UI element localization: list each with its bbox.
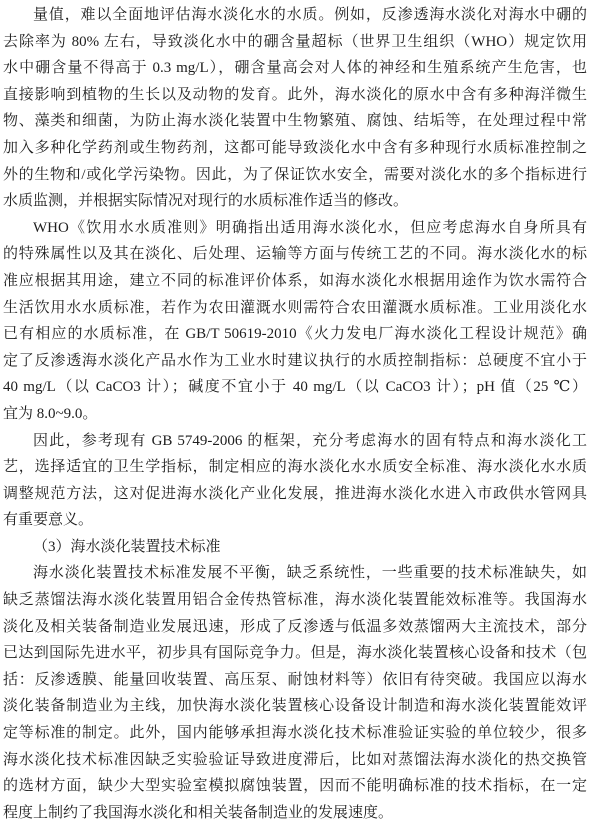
text-line: 程度上制约了我国海水淡化和相关装备制造业的发展速度。: [3, 800, 587, 827]
text-line: 水质监测，并根据实际情况对现行的水质标准作适当的修改。: [3, 188, 587, 215]
text-line: 的特殊属性以及其在淡化、后处理、运输等方面与传统工艺的不同。海水淡化水的标: [3, 241, 587, 268]
text-line: 量值，难以全面地评估海水淡化水的水质。例如，反渗透海水淡化对海水中硼的: [3, 2, 587, 29]
text-line: 艺，选择适宜的卫生学指标，制定相应的海水淡化水水质安全标准、海水淡化水水质: [3, 454, 587, 481]
text-line: 调整规范方法，这对促进海水淡化产业化发展，推进海水淡化水进入市政供水管网具: [3, 481, 587, 508]
text-line: 准应根据其用途，建立不同的标准评价体系，如海水淡化水根据用途作为饮水需符合: [3, 268, 587, 295]
text-line: 缺乏蒸馏法海水淡化装置用铝合金传热管标准，海水淡化装置能效标准等。我国海水: [3, 587, 587, 614]
text-line: 有重要意义。: [3, 507, 587, 534]
text-line: 去除率为 80% 左右，导致淡化水中的硼含量超标（世界卫生组织（WHO）规定饮用: [3, 29, 587, 56]
text-line: 已有相应的水质标准，在 GB/T 50619-2010《火力发电厂海水淡化工程设…: [3, 321, 587, 348]
text-line: 括：反渗透膜、能量回收装置、高压泵、耐蚀材料等）依旧有待突破。我国应以海水: [3, 667, 587, 694]
text-line: 40 mg/L（以 CaCO3 计）；碱度不宜小于 40 mg/L（以 CaCO…: [3, 374, 587, 401]
text-line: 加入多种化学药剂或生物药剂，这都可能导致淡化水中含有多种现行水质标准控制之: [3, 135, 587, 162]
text-line: 定等标准的制定。此外，国内能够承担海水淡化技术标准验证实验的单位较少，很多: [3, 720, 587, 747]
text-line: 的选材方面，缺少大型实验室模拟腐蚀装置，因而不能明确标准的技术指标，在一定: [3, 773, 587, 800]
document-page: 量值，难以全面地评估海水淡化水的水质。例如，反渗透海水淡化对海水中硼的 去除率为…: [0, 0, 590, 827]
text-line: 因此，参考现有 GB 5749-2006 的框架，充分考虑海水的固有特点和海水淡…: [3, 428, 587, 455]
paragraph-boron-water-quality: 量值，难以全面地评估海水淡化水的水质。例如，反渗透海水淡化对海水中硼的 去除率为…: [3, 2, 587, 215]
paragraph-gb5749-framework: 因此，参考现有 GB 5749-2006 的框架，充分考虑海水的固有特点和海水淡…: [3, 428, 587, 534]
text-line: WHO《饮用水水质准则》明确指出适用海水淡化水，但应考虑海水自身所具有: [3, 215, 587, 242]
text-line: 海水淡化装置技术标准发展不平衡，缺乏系统性，一些重要的技术标准缺失，如: [3, 560, 587, 587]
text-line: 淡化装备制造业为主线，加快海水淡化装置核心设备设计制造和海水淡化装置能效评: [3, 693, 587, 720]
text-line: 已达到国际先进水平，初步具有国际竞争力。但是，海水淡化装置核心设备和技术（包: [3, 640, 587, 667]
text-line: 直接影响到植物的生长以及动物的发育。此外，海水淡化的原水中含有多种海洋微生: [3, 82, 587, 109]
text-line: 生活饮用水水质标准，若作为农田灌溉水则需符合农田灌溉水质标准。工业用淡化水: [3, 295, 587, 322]
text-line: 海水淡化技术标准因缺乏实验验证导致进度滞后，比如对蒸馏法海水淡化的热交换管: [3, 747, 587, 774]
text-line: 淡化及相关装备制造业发展迅速，形成了反渗透与低温多效蒸馏两大主流技术，部分: [3, 614, 587, 641]
text-line: 水中硼含量不得高于 0.3 mg/L），硼含量高会对人体的神经和生殖系统产生危害…: [3, 55, 587, 82]
text-line: 宜为 8.0~9.0。: [3, 401, 587, 428]
text-line: 定了反渗透海水淡化产品水作为工业水时建议执行的水质控制指标：总硬度不宜小于: [3, 348, 587, 375]
text-line: 外的生物和/或化学污染物。因此，为了保证饮水安全，需要对淡化水的多个指标进行: [3, 162, 587, 189]
text-line: 物、藻类和细菌，为防止海水淡化装置中生物繁殖、腐蚀、结垢等，在处理过程中常: [3, 108, 587, 135]
paragraph-device-technical-standards: 海水淡化装置技术标准发展不平衡，缺乏系统性，一些重要的技术标准缺失，如 缺乏蒸馏…: [3, 560, 587, 826]
section-heading-desalination-device-standards: （3）海水淡化装置技术标准: [3, 534, 587, 561]
paragraph-who-guidelines: WHO《饮用水水质准则》明确指出适用海水淡化水，但应考虑海水自身所具有 的特殊属…: [3, 215, 587, 428]
section-heading: （3）海水淡化装置技术标准: [3, 534, 587, 561]
